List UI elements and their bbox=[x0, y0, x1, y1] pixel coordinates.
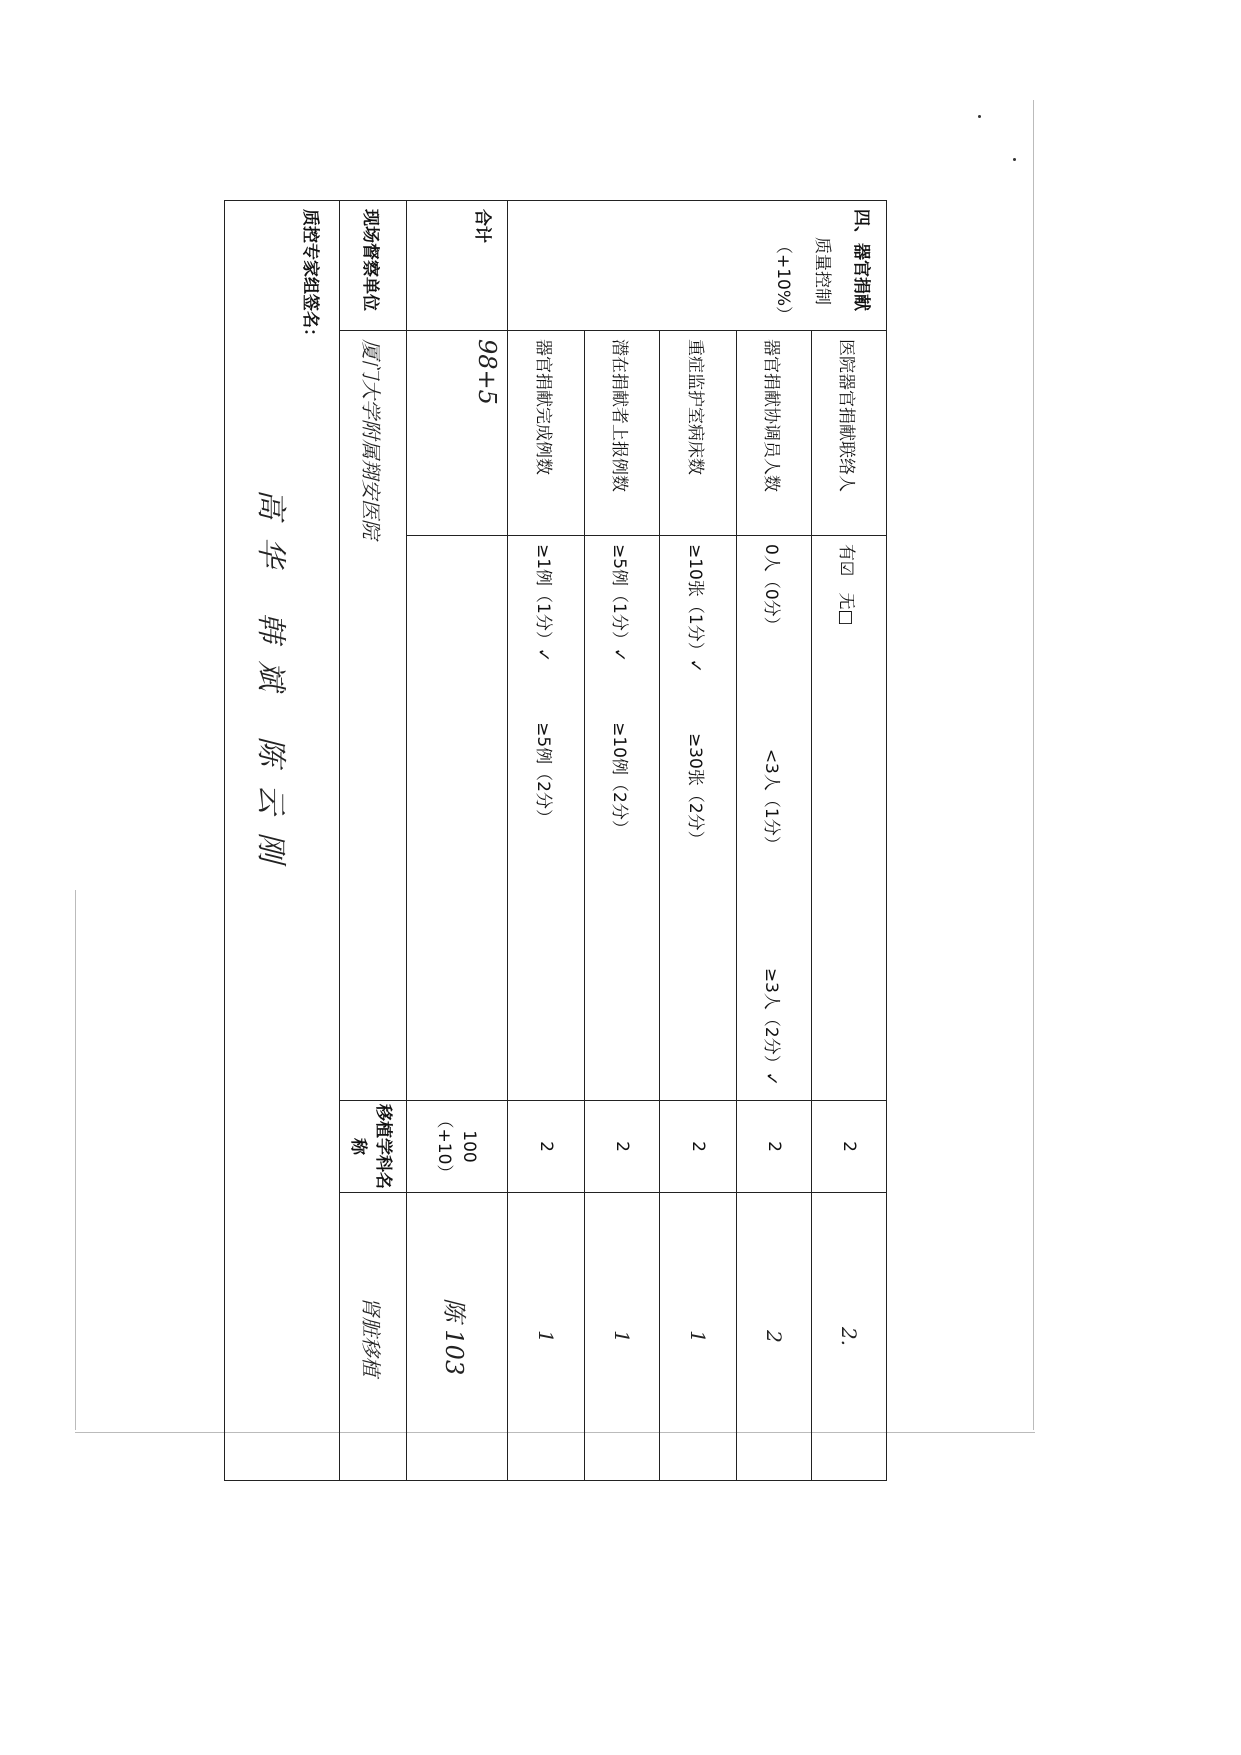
criteria-option[interactable]: ≥5例（1分）✓ bbox=[610, 544, 630, 662]
row-item: 医院器官捐献联络人 bbox=[812, 331, 887, 536]
row-criteria: 0人（0分）<3人（1分）≥3人（2分）✓ bbox=[737, 536, 812, 1101]
table-row: 潜在捐献者上报例数 ≥5例（1分）✓≥10例（2分） 2 1 bbox=[585, 201, 660, 1481]
row-criteria: ≥10张（1分）✓≥30张（2分） bbox=[660, 536, 737, 1101]
signature-label: 质控专家组签名： bbox=[300, 209, 325, 1472]
row-score[interactable]: 2. bbox=[812, 1193, 887, 1481]
scan-speck bbox=[978, 115, 981, 118]
section-header-cell: 四、器官捐献 质量控制 （+10%） bbox=[508, 201, 887, 331]
row-score[interactable]: 1 bbox=[508, 1193, 585, 1481]
row-score[interactable]: 1 bbox=[660, 1193, 737, 1481]
criteria-option[interactable]: 0人（0分） bbox=[762, 544, 787, 634]
row-score[interactable]: 2 bbox=[737, 1193, 812, 1481]
row-standard: 2 bbox=[660, 1101, 737, 1193]
scan-speck bbox=[1013, 158, 1016, 161]
criteria-option[interactable]: ≥5例（2分） bbox=[534, 722, 554, 826]
signature-row: 质控专家组签名： 高华 韩斌 陈云刚 bbox=[225, 201, 340, 1481]
signature-value[interactable]: 高华 韩斌 陈云刚 bbox=[252, 209, 296, 1472]
row-standard: 2 bbox=[585, 1101, 660, 1193]
row-standard: 2 bbox=[508, 1101, 585, 1193]
section-title: 四、器官捐献 bbox=[851, 209, 876, 322]
section-weight: （+10%） bbox=[773, 209, 798, 322]
criteria-option[interactable]: ≥1例（1分）✓ bbox=[534, 544, 554, 662]
total-row: 合计 98+5 100（+10） 陈 103 bbox=[407, 201, 508, 1481]
row-item: 器官捐献协调员人数 bbox=[737, 331, 812, 536]
row-score[interactable]: 1 bbox=[585, 1193, 660, 1481]
quality-control-form: 四、器官捐献 质量控制 （+10%） 医院器官捐献联络人 有☑ 无□ 2 2. … bbox=[225, 200, 887, 1480]
inspection-unit-value[interactable]: 厦门大学附属翔安医院 bbox=[340, 331, 407, 1101]
discipline-label: 移植学科名称 bbox=[340, 1101, 407, 1193]
row-criteria: 有☑ 无□ bbox=[812, 536, 887, 1101]
criteria-option[interactable]: ≥10例（2分） bbox=[610, 722, 630, 837]
signature-cell: 质控专家组签名： 高华 韩斌 陈云刚 bbox=[225, 201, 340, 1481]
row-standard: 2 bbox=[812, 1101, 887, 1193]
section-subtitle: 质量控制 bbox=[812, 209, 837, 322]
row-criteria: ≥5例（1分）✓≥10例（2分） bbox=[585, 536, 660, 1101]
criteria-option[interactable]: <3人（1分） bbox=[762, 749, 787, 853]
table-row: 重症监护室病床数 ≥10张（1分）✓≥30张（2分） 2 1 bbox=[660, 201, 737, 1481]
criteria-option[interactable]: ≥3人（2分）✓ bbox=[762, 968, 787, 1086]
criteria-option[interactable]: ≥30张（2分） bbox=[686, 733, 706, 848]
row-standard: 2 bbox=[737, 1101, 812, 1193]
criteria-option[interactable]: ≥10张（1分）✓ bbox=[686, 544, 706, 673]
table-row: 四、器官捐献 质量控制 （+10%） 医院器官捐献联络人 有☑ 无□ 2 2. bbox=[812, 201, 887, 1481]
row-criteria: ≥1例（1分）✓≥5例（2分） bbox=[508, 536, 585, 1101]
row-item: 潜在捐献者上报例数 bbox=[585, 331, 660, 536]
total-label: 合计 bbox=[407, 201, 508, 331]
row-item: 器官捐献完成例数 bbox=[508, 331, 585, 536]
total-standard: 100（+10） bbox=[407, 1101, 508, 1193]
total-score[interactable]: 陈 103 bbox=[407, 1193, 508, 1481]
inspection-row: 现场督察单位 厦门大学附属翔安医院 移植学科名称 肾脏移植 bbox=[340, 201, 407, 1481]
row-item: 重症监护室病床数 bbox=[660, 331, 737, 536]
option-yes-checkbox[interactable]: 有☑ bbox=[837, 544, 857, 576]
scan-border-left bbox=[75, 890, 76, 1430]
total-handwritten[interactable]: 98+5 bbox=[407, 331, 508, 536]
option-no-checkbox[interactable]: 无□ bbox=[837, 592, 857, 625]
table-row: 器官捐献完成例数 ≥1例（1分）✓≥5例（2分） 2 1 bbox=[508, 201, 585, 1481]
organ-donation-table: 四、器官捐献 质量控制 （+10%） 医院器官捐献联络人 有☑ 无□ 2 2. … bbox=[224, 200, 887, 1481]
total-standard-value: 100 bbox=[460, 1109, 480, 1184]
total-standard-bonus: （+10） bbox=[435, 1109, 460, 1184]
inspection-unit-label: 现场督察单位 bbox=[340, 201, 407, 331]
scan-border-right bbox=[1033, 100, 1034, 1430]
table-row: 器官捐献协调员人数 0人（0分）<3人（1分）≥3人（2分）✓ 2 2 bbox=[737, 201, 812, 1481]
discipline-value[interactable]: 肾脏移植 bbox=[340, 1193, 407, 1481]
total-blank bbox=[407, 536, 508, 1101]
